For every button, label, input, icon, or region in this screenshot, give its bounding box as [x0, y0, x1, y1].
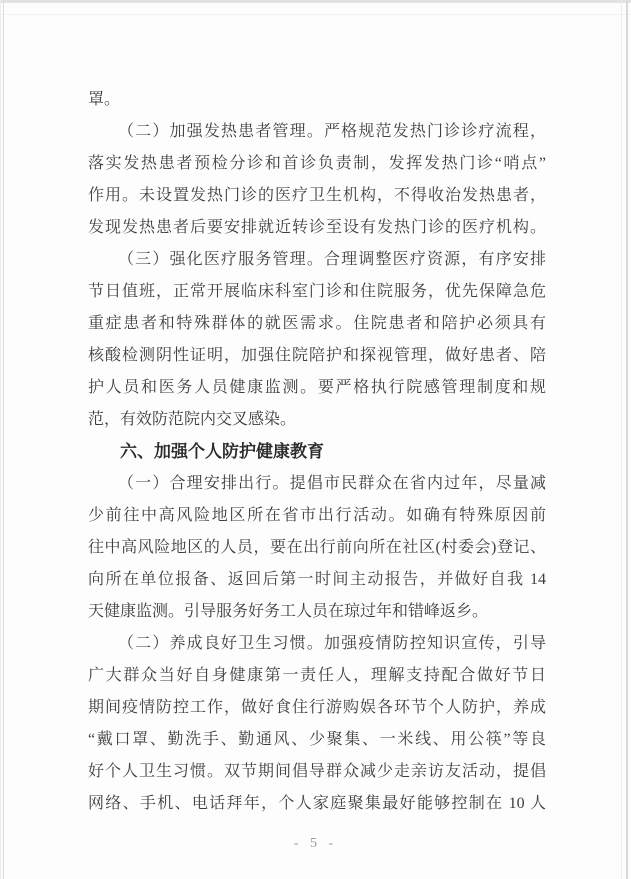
- scan-edge-top-faint: [0, 14, 631, 15]
- text-line: 范，有效防范院内交叉感染。: [88, 404, 546, 436]
- text-line: 护人员和医务人员健康监测。要严格执行院感管理制度和规: [88, 372, 546, 404]
- text-line: （二）养成良好卫生习惯。加强疫情防控知识宣传，引导: [88, 628, 546, 660]
- text-line: 作用。未设置发热门诊的医疗卫生机构，不得收治发热患者，: [88, 180, 546, 212]
- text-line: 少前往中高风险地区所在省市出行活动。如确有特殊原因前: [88, 500, 546, 532]
- text-line: 天健康监测。引导服务好务工人员在琼过年和错峰返乡。: [88, 596, 546, 628]
- text-line: 网络、手机、电话拜年，个人家庭聚集最好能够控制在 10 人: [88, 788, 546, 820]
- scan-edge-left: [3, 0, 4, 879]
- text-line: 广大群众当好自身健康第一责任人，理解支持配合做好节日: [88, 660, 546, 692]
- text-line: “戴口罩、勤洗手、勤通风、少聚集、一米线、用公筷”等良: [88, 724, 546, 756]
- page-number: - 5 -: [0, 836, 631, 852]
- text-line: （三）强化医疗服务管理。合理调整医疗资源，有序安排: [88, 244, 546, 276]
- text-line: （二）加强发热患者管理。严格规范发热门诊诊疗流程，: [88, 116, 546, 148]
- scan-edge-right-inner: [621, 0, 622, 879]
- text-line: 向所在单位报备、返回后第一时间主动报告，并做好自我 14: [88, 564, 546, 596]
- text-line: 节日值班，正常开展临床科室门诊和住院服务，优先保障急危: [88, 276, 546, 308]
- scan-edge-top: [0, 0, 631, 3]
- text-line: 重症患者和特殊群体的就医需求。住院患者和陪护必须具有: [88, 308, 546, 340]
- text-line: 发现发热患者后要安排就近转诊至设有发热门诊的医疗机构。: [88, 212, 546, 244]
- text-line: 核酸检测阴性证明，加强住院陪护和探视管理，做好患者、陪: [88, 340, 546, 372]
- text-line: 期间疫情防控工作，做好食住行游购娱各环节个人防护，养成: [88, 692, 546, 724]
- section-heading: 六、加强个人防护健康教育: [88, 436, 546, 468]
- scan-edge-left-outer: [0, 0, 1, 879]
- document-page: 罩。（二）加强发热患者管理。严格规范发热门诊诊疗流程，落实发热患者预检分诊和首诊…: [0, 0, 631, 879]
- document-body: 罩。（二）加强发热患者管理。严格规范发热门诊诊疗流程，落实发热患者预检分诊和首诊…: [88, 84, 546, 820]
- text-line: 好个人卫生习惯。双节期间倡导群众减少走亲访友活动，提倡: [88, 756, 546, 788]
- text-line: 往中高风险地区的人员，要在出行前向所在社区(村委会)登记、: [88, 532, 546, 564]
- text-line: （一）合理安排出行。提倡市民群众在省内过年，尽量减: [88, 468, 546, 500]
- scan-edge-right: [626, 0, 628, 879]
- text-line: 落实发热患者预检分诊和首诊负责制，发挥发热门诊“哨点”: [88, 148, 546, 180]
- text-line: 罩。: [88, 84, 546, 116]
